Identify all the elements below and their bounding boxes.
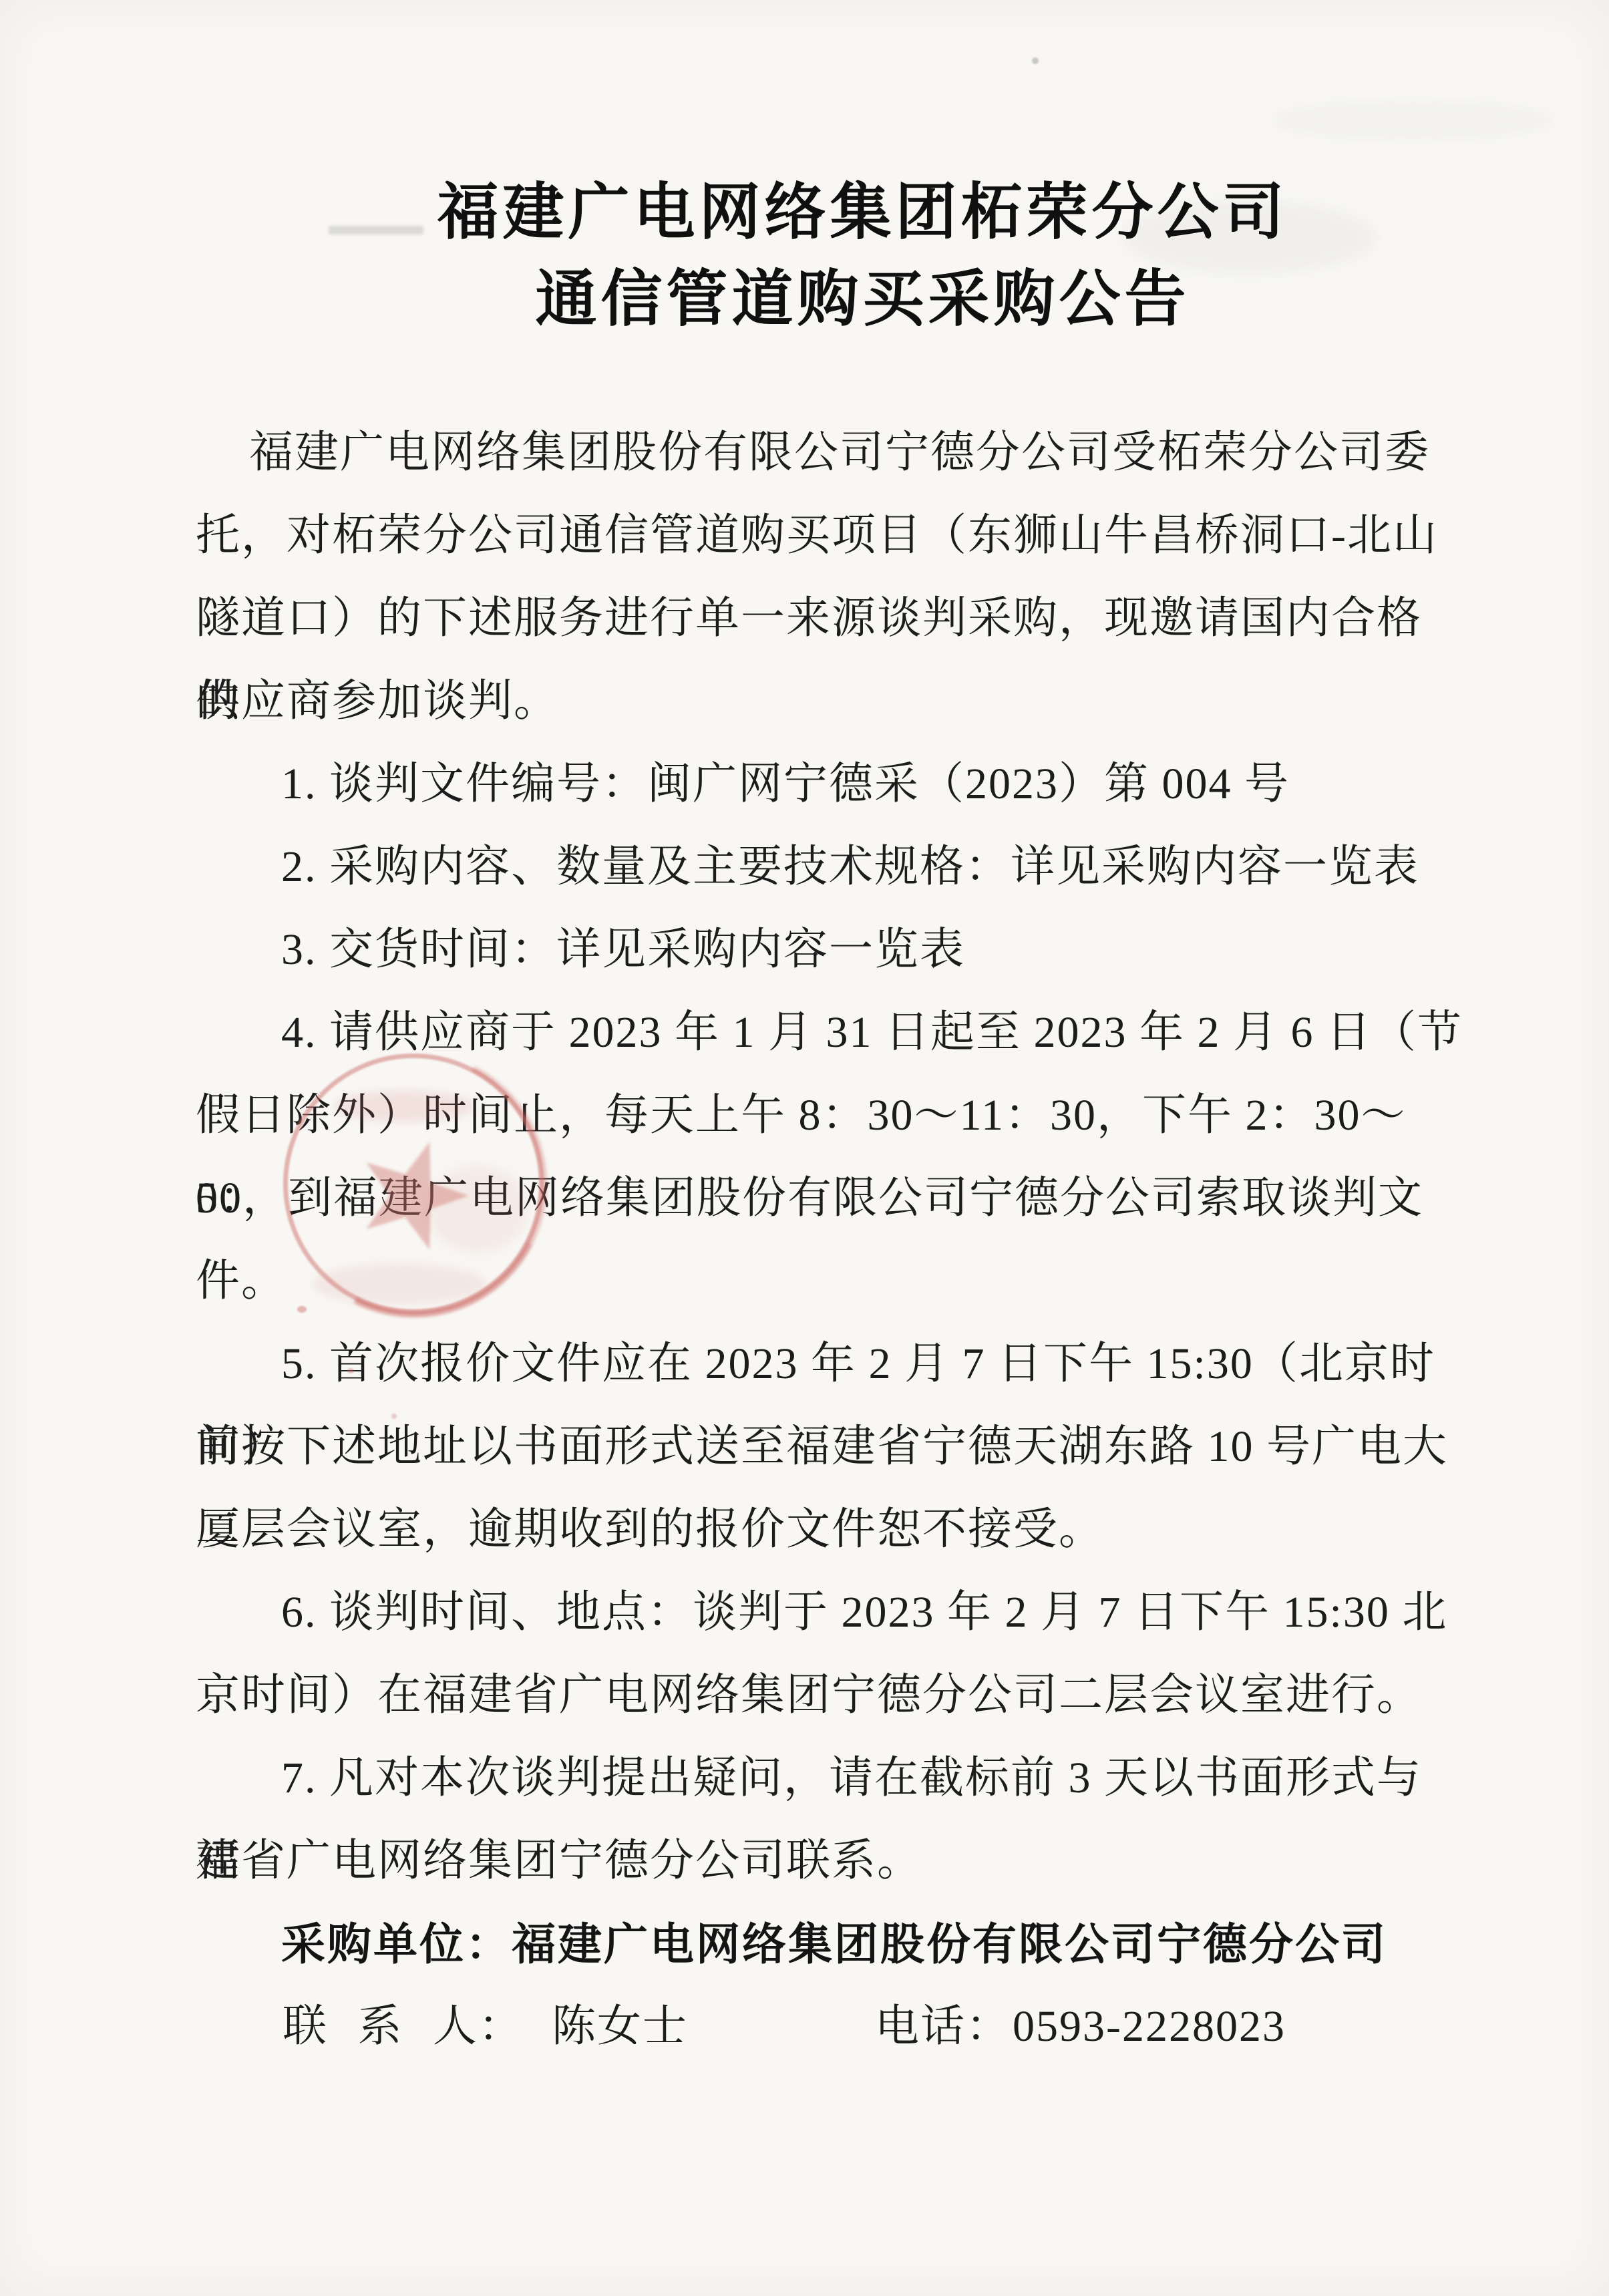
body-line: 托，对柘荣分公司通信管道购买项目（东狮山牛昌桥洞口-北山 [196,494,1465,577]
body-line: 2. 采购内容、数量及主要技术规格：详见采购内容一览表 [196,826,1465,909]
body-line: 00，到福建广电网络集团股份有限公司宁德分公司索取谈判文 [196,1157,1465,1240]
body-line: 假日除外）时间止，每天上午 8：30～11：30，下午 2：30～5： [196,1074,1465,1157]
document-title: 福建广电网络集团柘荣分公司 通信管道购买采购公告 [58,169,1609,343]
body-line: 7. 凡对本次谈判提出疑问，请在截标前 3 天以书面形式与福 [196,1737,1465,1820]
phone-label: 电话： [875,1985,1011,2068]
scan-artifact [1032,57,1039,64]
document-title-line-2: 通信管道购买采购公告 [58,256,1609,343]
body-line: 件。 [196,1240,1465,1323]
purchaser-label: 采购单位： [281,1919,512,1969]
body-line: 福建广电网络集团股份有限公司宁德分公司受柘荣分公司委 [196,412,1465,494]
document-title-line-1: 福建广电网络集团柘荣分公司 [58,169,1609,256]
body-line: 1. 谈判文件编号：闽广网宁德采（2023）第 004 号 [196,743,1465,826]
body-line: 二层会议室，逾期收到的报价文件恕不接受。 [196,1488,1465,1571]
contact-person-label: 联 系 人： [283,1985,524,2068]
purchaser-value: 福建广电网络集团股份有限公司宁德分公司 [512,1919,1387,1969]
body-line: 供应商参加谈判。 [196,660,1465,743]
body-line: 前按下述地址以书面形式送至福建省宁德天湖东路 10 号广电大厦 [196,1406,1465,1488]
document-body: 福建广电网络集团股份有限公司宁德分公司受柘荣分公司委 托，对柘荣分公司通信管道购… [196,412,1465,2068]
scan-artifact [1272,100,1553,140]
contact-line: 联 系 人： 陈女士 电话： 0593-2228023 [196,1985,1465,2068]
phone-number: 0593-2228023 [1013,1985,1286,2068]
body-line: 3. 交货时间：详见采购内容一览表 [196,909,1465,991]
purchaser-line: 采购单位：福建广电网络集团股份有限公司宁德分公司 [196,1903,1465,1985]
body-line: 6. 谈判时间、地点：谈判于 2023 年 2 月 7 日下午 15:30 北 [196,1571,1465,1654]
body-line: 建省广电网络集团宁德分公司联系。 [196,1820,1465,1903]
body-line: 5. 首次报价文件应在 2023 年 2 月 7 日下午 15:30（北京时间） [196,1323,1465,1406]
scanned-document-page: 福建广电网络集团柘荣分公司 通信管道购买采购公告 福建广电网络集团股份有限公司宁… [0,0,1609,2296]
body-line: 4. 请供应商于 2023 年 1 月 31 日起至 2023 年 2 月 6 … [196,991,1465,1074]
body-line: 京时间）在福建省广电网络集团宁德分公司二层会议室进行。 [196,1654,1465,1737]
body-line: 隧道口）的下述服务进行单一来源谈判采购，现邀请国内合格的 [196,577,1465,660]
contact-person-name: 陈女士 [552,1985,688,2068]
